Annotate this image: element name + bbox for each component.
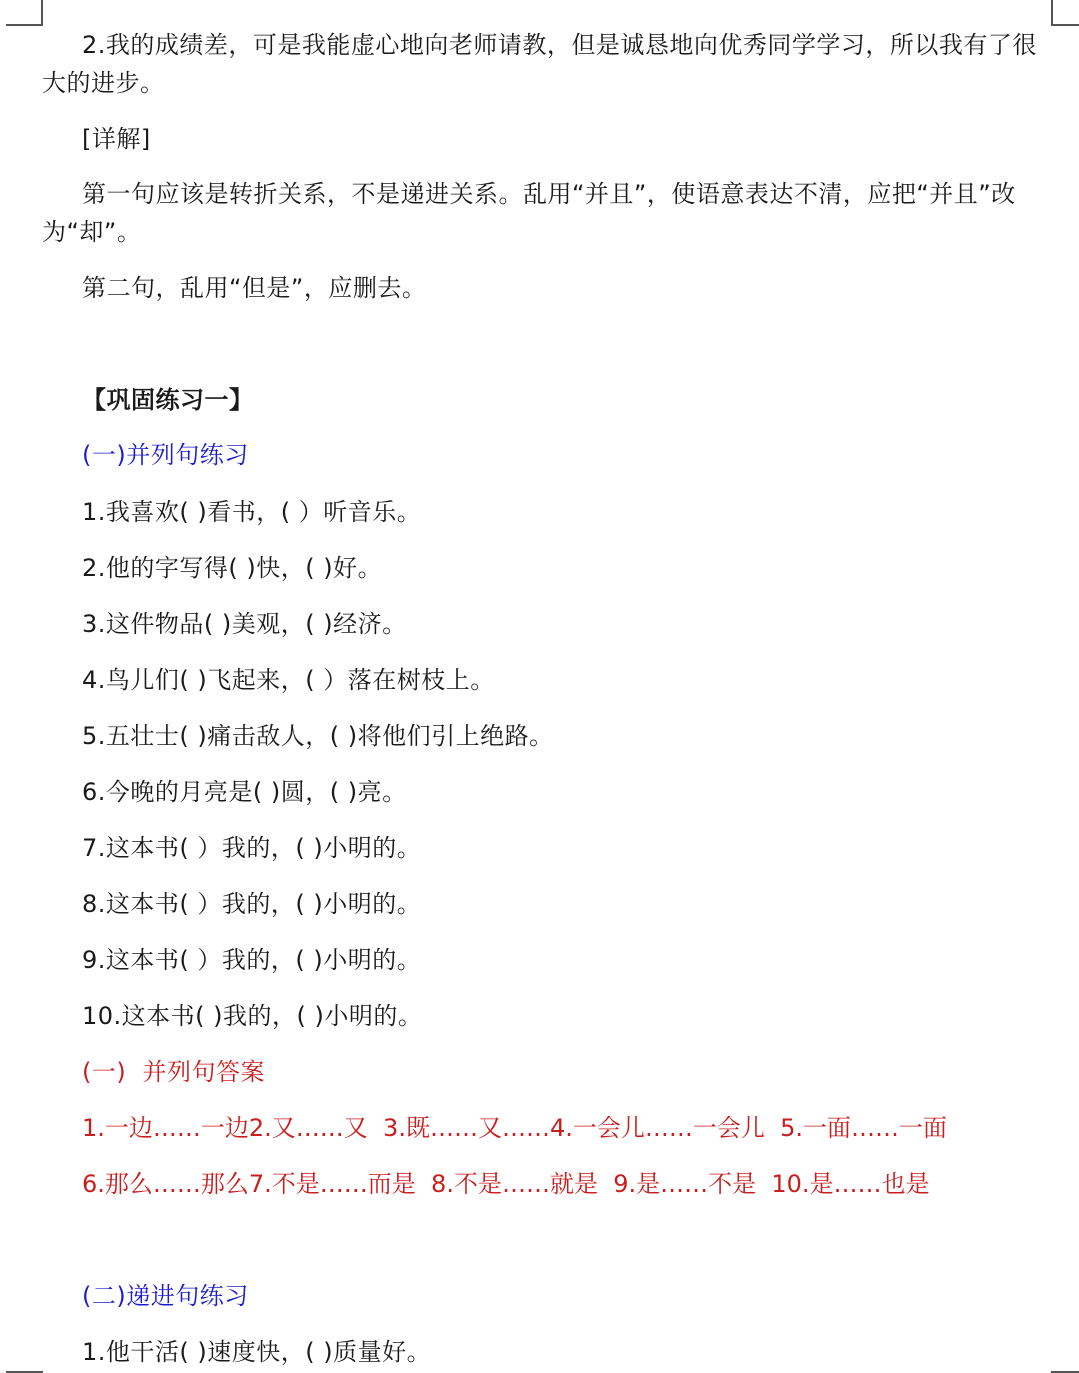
section-title: 【巩固练习一】 [82,385,254,415]
exercise-item: 1.他干活( )速度快，( )质量好。 [82,1337,431,1367]
part1-answer-heading: (一) 并列句答案 [82,1057,265,1087]
exercise-item: 7.这本书( ）我的，( )小明的。 [82,833,421,863]
explain-paragraph-2: 第二句，乱用“但是”，应删去。 [82,273,426,303]
part1-answers-line-2: 6.那么……那么7.不是……而是 8.不是……就是 9.是……不是 10.是……… [82,1169,930,1199]
explain-paragraph-1: 第一句应该是转折关系，不是递进关系。乱用“并且”，使语意表达不清，应把“并且”改… [42,175,1042,251]
intro-paragraph: 2.我的成绩差，可是我能虚心地向老师请教，但是诚恳地向优秀同学学习，所以我有了很… [42,26,1042,102]
exercise-item: 4.鸟儿们( )飞起来，( ）落在树枝上。 [82,665,495,695]
exercise-item: 5.五壮士( )痛击敌人，( )将他们引上绝路。 [82,721,554,751]
exercise-item: 6.今晚的月亮是( )圆，( )亮。 [82,777,407,807]
exercise-item: 9.这本书( ）我的，( )小明的。 [82,945,421,975]
exercise-item: 1.我喜欢( )看书，( ）听音乐。 [82,497,421,527]
exercise-item: 2.他的字写得( )快，( )好。 [82,553,382,583]
crop-mark-top-left-vertical [41,0,43,26]
crop-mark-top-right-horizontal [1051,24,1079,26]
crop-mark-top-right-vertical [1051,0,1053,26]
exercise-item: 3.这件物品( )美观，( )经济。 [82,609,407,639]
part2-heading: (二)递进句练习 [82,1281,249,1311]
explain-label: [详解] [82,124,151,154]
part1-answers-line-1: 1.一边……一边2.又……又 3.既……又……4.一会儿……一会儿 5.一面……… [82,1113,947,1143]
part1-heading: (一)并列句练习 [82,440,249,470]
exercise-item: 10.这本书( )我的，( )小明的。 [82,1001,422,1031]
crop-mark-top-left-horizontal [6,24,43,26]
exercise-item: 8.这本书( ）我的，( )小明的。 [82,889,421,919]
